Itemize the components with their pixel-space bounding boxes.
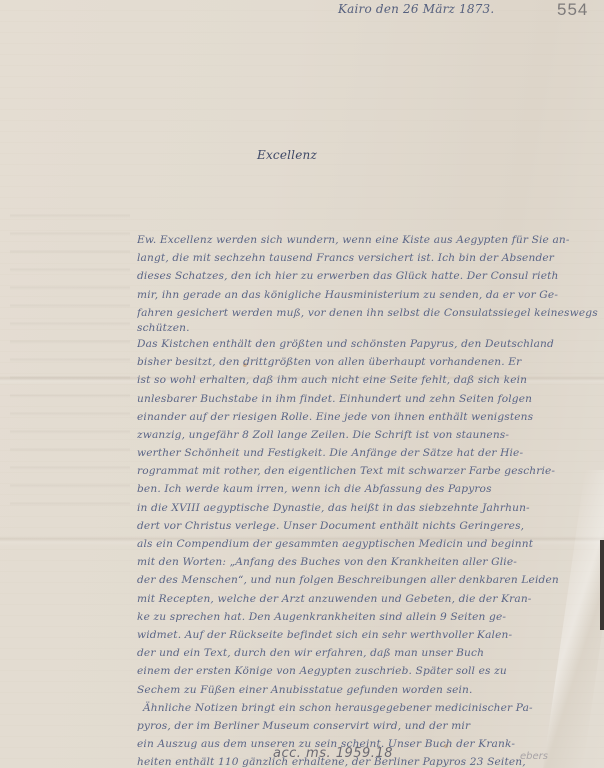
body-line: schützen. — [137, 322, 601, 335]
body-line: der des Menschen“, und nun folgen Beschr… — [137, 571, 601, 589]
body-line: mit den Worten: „Anfang des Buches von d… — [137, 553, 601, 571]
body-line: ben. Ich werde kaum irren, wenn ich die … — [137, 480, 601, 498]
salutation: Excellenz — [257, 148, 317, 162]
body-line: einem der ersten Könige von Aegypten zus… — [137, 662, 601, 680]
body-line: in die XVIII aegyptische Dynastie, das h… — [137, 499, 601, 517]
body-line: dert vor Christus verlege. Unser Documen… — [137, 517, 601, 535]
body-line: Sechem zu Füßen einer Anubisstatue gefun… — [137, 681, 601, 699]
body-line: bisher besitzt, den drittgrößten von all… — [137, 353, 601, 371]
body-line: pyros, der im Berliner Museum conservirt… — [137, 717, 601, 735]
archive-shelfmark: acc. ms. 1959.18 — [273, 746, 393, 761]
letter-page: Kairo den 26 März 1873. 554 Excellenz Ew… — [0, 0, 604, 768]
body-line: widmet. Auf der Rückseite befindet sich … — [137, 626, 601, 644]
folio-number: 554 — [557, 0, 588, 20]
body-line: Ew. Excellenz werden sich wundern, wenn … — [137, 231, 601, 249]
body-line: Das Kistchen enthält den größten und sch… — [137, 335, 601, 353]
body-line: mir, ihn gerade an das königliche Hausmi… — [137, 286, 601, 304]
reverse-side-bleed-through — [10, 200, 130, 520]
body-line: fahren gesichert werden muß, vor denen i… — [137, 304, 601, 322]
dateline: Kairo den 26 März 1873. — [338, 2, 494, 16]
body-line: rogrammat mit rother, den eigentlichen T… — [137, 462, 601, 480]
pencil-annotation: ebers — [520, 751, 548, 762]
body-line: der und ein Text, durch den wir erfahren… — [137, 644, 601, 662]
body-line: langt, die mit sechzehn tausend Francs v… — [137, 249, 601, 267]
body-line: werther Schönheit und Festigkeit. Die An… — [137, 444, 601, 462]
body-line: dieses Schatzes, den ich hier zu erwerbe… — [137, 267, 601, 285]
body-line: ist so wohl erhalten, daß ihm auch nicht… — [137, 371, 601, 389]
body-line: unlesbarer Buchstabe in ihm findet. Einh… — [137, 390, 601, 408]
body-line: ke zu sprechen hat. Den Augenkrankheiten… — [137, 608, 601, 626]
body-line: einander auf der riesigen Rolle. Eine je… — [137, 408, 601, 426]
body-line: mit Recepten, welche der Arzt anzuwenden… — [137, 590, 601, 608]
body-line: zwanzig, ungefähr 8 Zoll lange Zeilen. D… — [137, 426, 601, 444]
body-line: Ähnliche Notizen bringt ein schon heraus… — [137, 699, 601, 717]
body-line: als ein Compendium der gesammten aegypti… — [137, 535, 601, 553]
letter-body: Ew. Excellenz werden sich wundern, wenn … — [137, 231, 601, 768]
